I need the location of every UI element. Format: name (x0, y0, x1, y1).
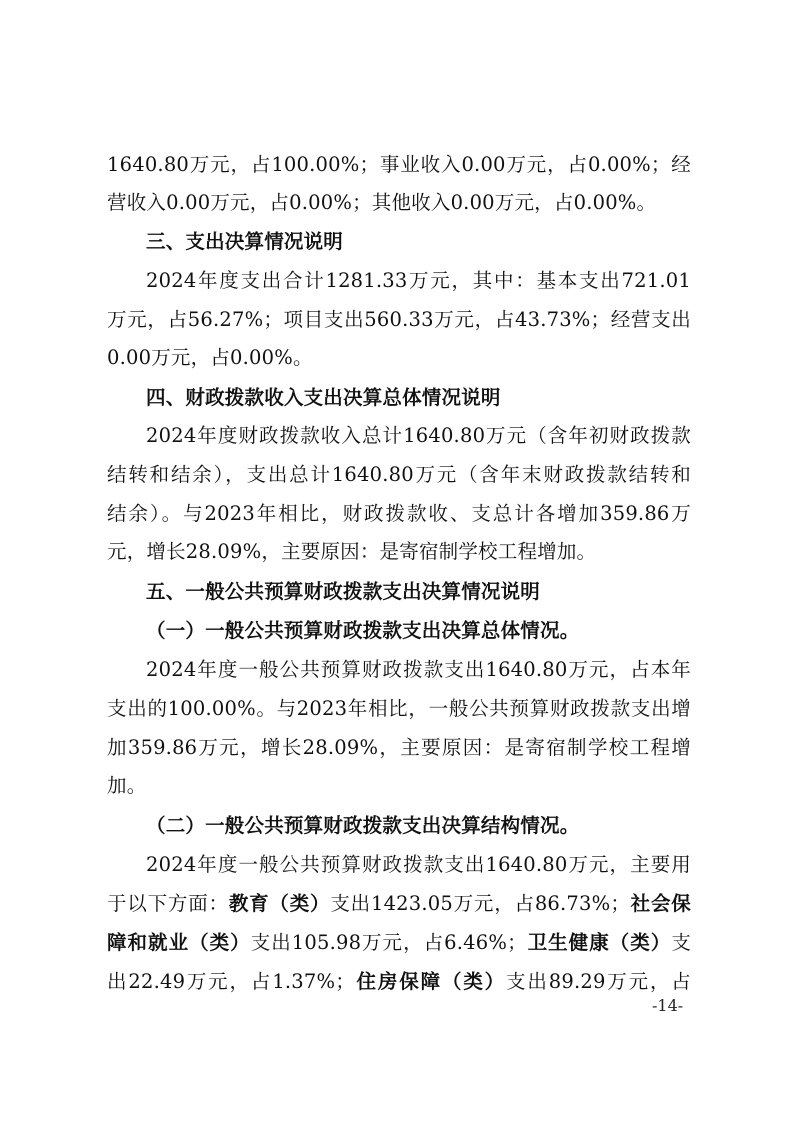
page-number: -14- (652, 996, 683, 1015)
paragraph-line: 2024年度一般公共预算财政拨款支出1640.80万元，占本年 (146, 658, 691, 682)
paragraph-line: 出22.49万元，占1.37%；住房保障（类）支出89.29万元，占 (107, 970, 691, 994)
subsection-heading-1: （一）一般公共预算财政拨款支出决算总体情况。 (146, 619, 730, 643)
paragraph-line: 加。 (107, 774, 691, 798)
category-housing: 住房保障（类） (355, 970, 506, 993)
text-run: 支出1423.05万元，占86.73%； (330, 892, 630, 915)
paragraph-line: 加359.86万元，增长28.09%，主要原因：是寄宿制学校工程增 (107, 736, 691, 760)
paragraph-line: 障和就业（类）支出105.98万元，占6.46%；卫生健康（类）支 (107, 931, 691, 955)
category-social-security: 社会保 (630, 892, 691, 915)
paragraph-line: 支出的100.00%。与2023年相比，一般公共预算财政拨款支出增 (107, 697, 691, 721)
paragraph-line: 0.00万元，占0.00%。 (107, 346, 691, 370)
paragraph-line: 2024年度一般公共预算财政拨款支出1640.80万元，主要用 (146, 853, 691, 877)
text-run: 支 (671, 931, 691, 954)
paragraph-line: 营收入0.00万元，占0.00%；其他收入0.00万元，占0.00%。 (107, 191, 691, 215)
text-run: 于以下方面： (107, 892, 229, 915)
text-run: 支出89.29万元，占 (506, 970, 691, 993)
section-heading-4: 四、财政拨款收入支出决算总体情况说明 (146, 386, 691, 410)
paragraph-line: 万元，占56.27%；项目支出560.33万元，占43.73%；经营支出 (107, 308, 691, 332)
paragraph-line: 元，增长28.09%，主要原因：是寄宿制学校工程增加。 (107, 540, 691, 564)
category-health: 卫生健康（类） (527, 931, 672, 954)
category-education: 教育（类） (229, 892, 331, 915)
section-heading-3: 三、支出决算情况说明 (146, 230, 691, 254)
paragraph-line: 2024年度支出合计1281.33万元，其中：基本支出721.01 (146, 269, 691, 293)
subsection-heading-2: （二）一般公共预算财政拨款支出决算结构情况。 (146, 814, 730, 838)
paragraph-line: 2024年度财政拨款收入总计1640.80万元（含年初财政拨款 (146, 424, 691, 448)
category-social-security-cont: 障和就业（类） (107, 931, 251, 954)
paragraph-line: 结转和结余），支出总计1640.80万元（含年末财政拨款结转和 (107, 463, 691, 487)
section-heading-5: 五、一般公共预算财政拨款支出决算情况说明 (146, 580, 691, 604)
document-page: 1640.80万元，占100.00%；事业收入0.00万元，占0.00%；经 营… (0, 0, 793, 1122)
paragraph-line: 于以下方面：教育（类）支出1423.05万元，占86.73%；社会保 (107, 892, 691, 916)
text-run: 支出105.98万元，占6.46%； (251, 931, 527, 954)
paragraph-line: 1640.80万元，占100.00%；事业收入0.00万元，占0.00%；经 (107, 153, 691, 177)
paragraph-line: 结余）。与2023年相比，财政拨款收、支总计各增加359.86万 (107, 502, 691, 526)
text-run: 出22.49万元，占1.37%； (107, 970, 355, 993)
